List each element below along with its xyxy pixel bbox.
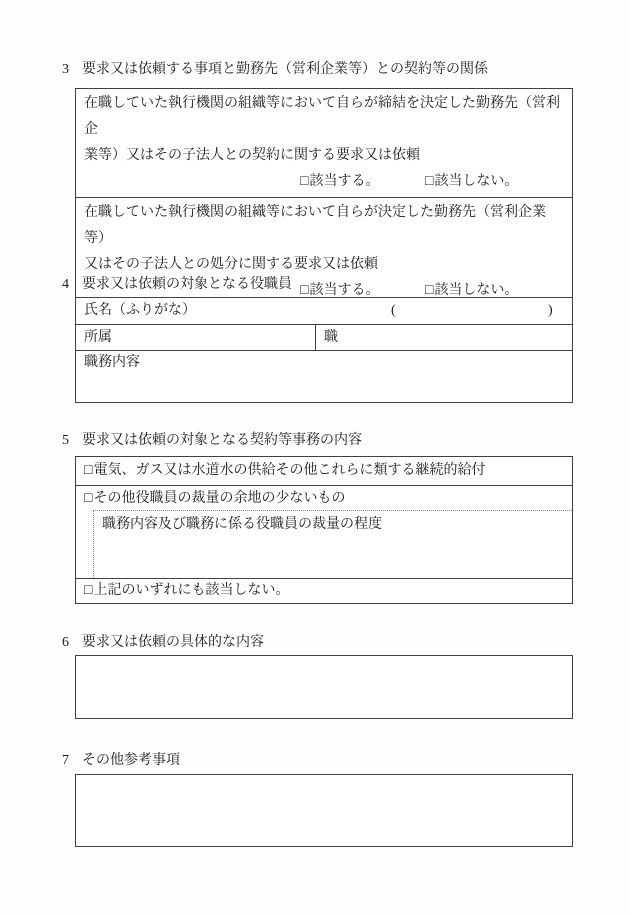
section-3-title: 要求又は依頼する事項と勤務先（営利企業等）との契約等の関係 [82, 60, 488, 80]
position-label: 職 [324, 330, 338, 345]
option-low-discretion-row: □その他役職員の裁量の余地の少ないもの 職務内容及び職務に係る役職員の裁量の程度 [76, 485, 572, 578]
section-3-number: 3 [62, 60, 69, 80]
discretion-detail-label: 職務内容及び職務に係る役職員の裁量の程度 [102, 517, 382, 532]
section-6-heading: 6 要求又は依頼の具体的な内容 [62, 633, 264, 653]
checkbox-line: □該当する。 □該当しない。 [84, 169, 564, 195]
section-6-number: 6 [62, 633, 69, 653]
option-utilities-label: 電気、ガス又は水道水の供給その他これらに類する継続的給付 [93, 463, 485, 478]
name-field-row: 氏名（ふりがな） ( ) [76, 298, 572, 324]
section-3-heading: 3 要求又は依頼する事項と勤務先（営利企業等）との契約等の関係 [62, 60, 488, 80]
section-4-number: 4 [62, 275, 69, 295]
section-7-title: その他参考事項 [82, 751, 180, 771]
row-text-line: 在職していた執行機関の組織等において自らが決定した勤務先（営利企業等） [84, 200, 564, 252]
checkbox-icon[interactable]: □ [300, 283, 308, 298]
checkbox-icon[interactable]: □ [300, 174, 308, 189]
option-none-row[interactable]: □上記のいずれにも該当しない。 [76, 578, 572, 603]
section-5-heading: 5 要求又は依頼の対象となる契約等事務の内容 [62, 431, 362, 451]
duties-label: 職務内容 [84, 355, 140, 370]
section-5-number: 5 [62, 431, 69, 451]
section-5-title: 要求又は依頼の対象となる契約等事務の内容 [82, 431, 362, 451]
applicable-label: 該当する。 [309, 283, 379, 298]
not-applicable-checkbox-option[interactable]: □該当しない。 [425, 283, 518, 298]
section-4-table: 氏名（ふりがな） ( ) 所属 職 職務内容 [75, 297, 573, 403]
not-applicable-label: 該当しない。 [434, 174, 518, 189]
not-applicable-checkbox-option[interactable]: □該当しない。 [425, 174, 518, 189]
affiliation-cell[interactable]: 所属 [76, 325, 316, 350]
affiliation-position-row: 所属 職 [76, 324, 572, 350]
section-5-table: □電気、ガス又は水道水の供給その他これらに類する継続的給付 □その他役職員の裁量… [75, 456, 573, 604]
option-none-label: 上記のいずれにも該当しない。 [93, 583, 289, 598]
option-low-discretion-label: その他役職員の裁量の余地の少ないもの [93, 491, 345, 506]
section-6-title: 要求又は依頼の具体的な内容 [82, 633, 264, 653]
section-7-number: 7 [62, 751, 69, 771]
row-text-line: 業等）又はその子法人との契約に関する要求又は依頼 [84, 143, 564, 169]
section-7-heading: 7 その他参考事項 [62, 751, 180, 771]
section-4-title: 要求又は依頼の対象となる役職員 [82, 275, 292, 295]
checkbox-icon[interactable]: □ [84, 463, 92, 478]
not-applicable-label: 該当しない。 [434, 283, 518, 298]
name-label: 氏名（ふりがな） [84, 303, 196, 318]
remarks-input-area[interactable] [75, 774, 573, 847]
duties-cell[interactable]: 職務内容 [76, 350, 572, 402]
checkbox-icon[interactable]: □ [84, 583, 92, 598]
option-utilities-row[interactable]: □電気、ガス又は水道水の供給その他これらに類する継続的給付 [76, 457, 572, 485]
section-3-row-contract: 在職していた執行機関の組織等において自らが締結を決定した勤務先（営利企 業等）又… [76, 89, 572, 197]
applicable-label: 該当する。 [309, 174, 379, 189]
checkbox-icon[interactable]: □ [425, 174, 433, 189]
affiliation-label: 所属 [84, 330, 112, 345]
section-4-heading: 4 要求又は依頼の対象となる役職員 [62, 275, 292, 295]
checkbox-icon[interactable]: □ [84, 491, 92, 506]
details-input-area[interactable] [75, 655, 573, 719]
furigana-paren-open: ( [391, 298, 396, 323]
discretion-detail-input-area[interactable]: 職務内容及び職務に係る役職員の裁量の程度 [93, 510, 572, 578]
applicable-checkbox-option[interactable]: □該当する。 [300, 283, 379, 298]
checkbox-icon[interactable]: □ [425, 283, 433, 298]
furigana-paren-close: ) [548, 298, 553, 323]
document-page: 3 要求又は依頼する事項と勤務先（営利企業等）との契約等の関係 在職していた執行… [0, 0, 630, 915]
row-text-line: 在職していた執行機関の組織等において自らが締結を決定した勤務先（営利企 [84, 91, 564, 143]
option-low-discretion-option[interactable]: □その他役職員の裁量の余地の少ないもの [76, 486, 572, 510]
position-cell[interactable]: 職 [316, 325, 572, 350]
applicable-checkbox-option[interactable]: □該当する。 [300, 174, 379, 189]
